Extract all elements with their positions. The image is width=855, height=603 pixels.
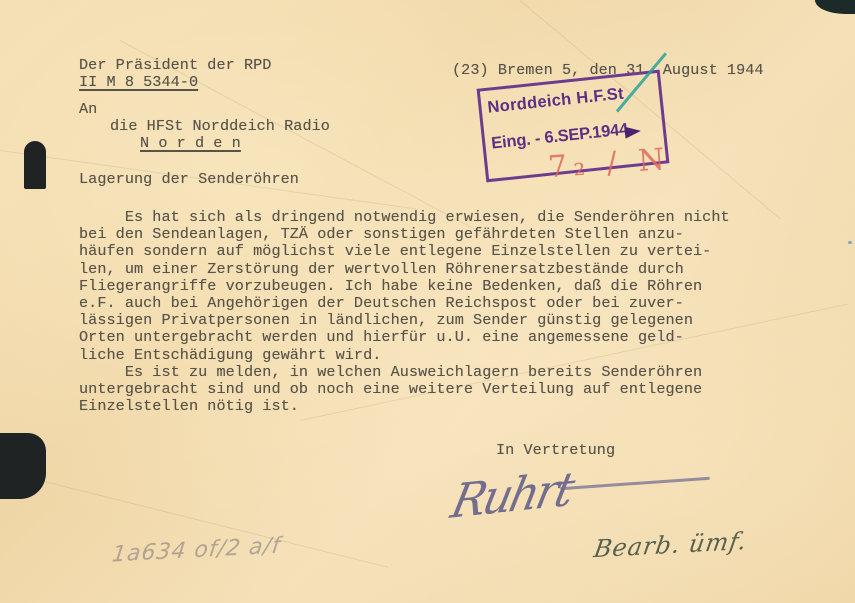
body-line: e.F. auch bei Angehörigen der Deutschen …: [79, 295, 730, 312]
punch-hole-lower: [0, 433, 46, 499]
body-line: Orten untergebracht werden und hierfür u…: [79, 329, 730, 346]
subject-line: Lagerung der Senderöhren: [79, 171, 299, 188]
body-line: Es hat sich als dringend notwendig erwie…: [79, 209, 730, 226]
closing-line: In Vertretung: [496, 442, 615, 459]
body-line: Einzelstellen nötig ist.: [79, 398, 730, 415]
letter-body: Es hat sich als dringend notwendig erwie…: [79, 209, 730, 415]
ink-spot: [848, 241, 852, 244]
punch-hole-upper: [24, 141, 46, 189]
body-line: lässigen Privatpersonen in ländlichen, z…: [79, 312, 730, 329]
body-line: untergebracht sind und ob noch eine weit…: [79, 381, 730, 398]
stamp-arrow-icon: [624, 125, 641, 139]
stamp-station: Norddeich H.F.St: [487, 85, 625, 118]
body-line: liche Entschädigung gewährt wird.: [79, 347, 730, 364]
sender-line: Der Präsident der RPD: [79, 57, 271, 74]
body-line: len, um einer Zerstörung der wertvollen …: [79, 261, 730, 278]
reference-number: II M 8 5344-0: [79, 74, 198, 91]
recipient-salutation: An: [79, 101, 97, 118]
recipient-city: N o r d e n: [140, 135, 241, 152]
body-line: Es ist zu melden, in welchen Ausweichlag…: [79, 364, 730, 381]
body-line: Fliegerangriffe vorzubeugen. Ich habe ke…: [79, 278, 730, 295]
body-line: häufen sondern auf möglichst viele entle…: [79, 243, 730, 260]
body-line: bei den Sendeanlagen, TZÄ oder sonstigen…: [79, 226, 730, 243]
recipient-name: die HFSt Norddeich Radio: [110, 118, 330, 135]
